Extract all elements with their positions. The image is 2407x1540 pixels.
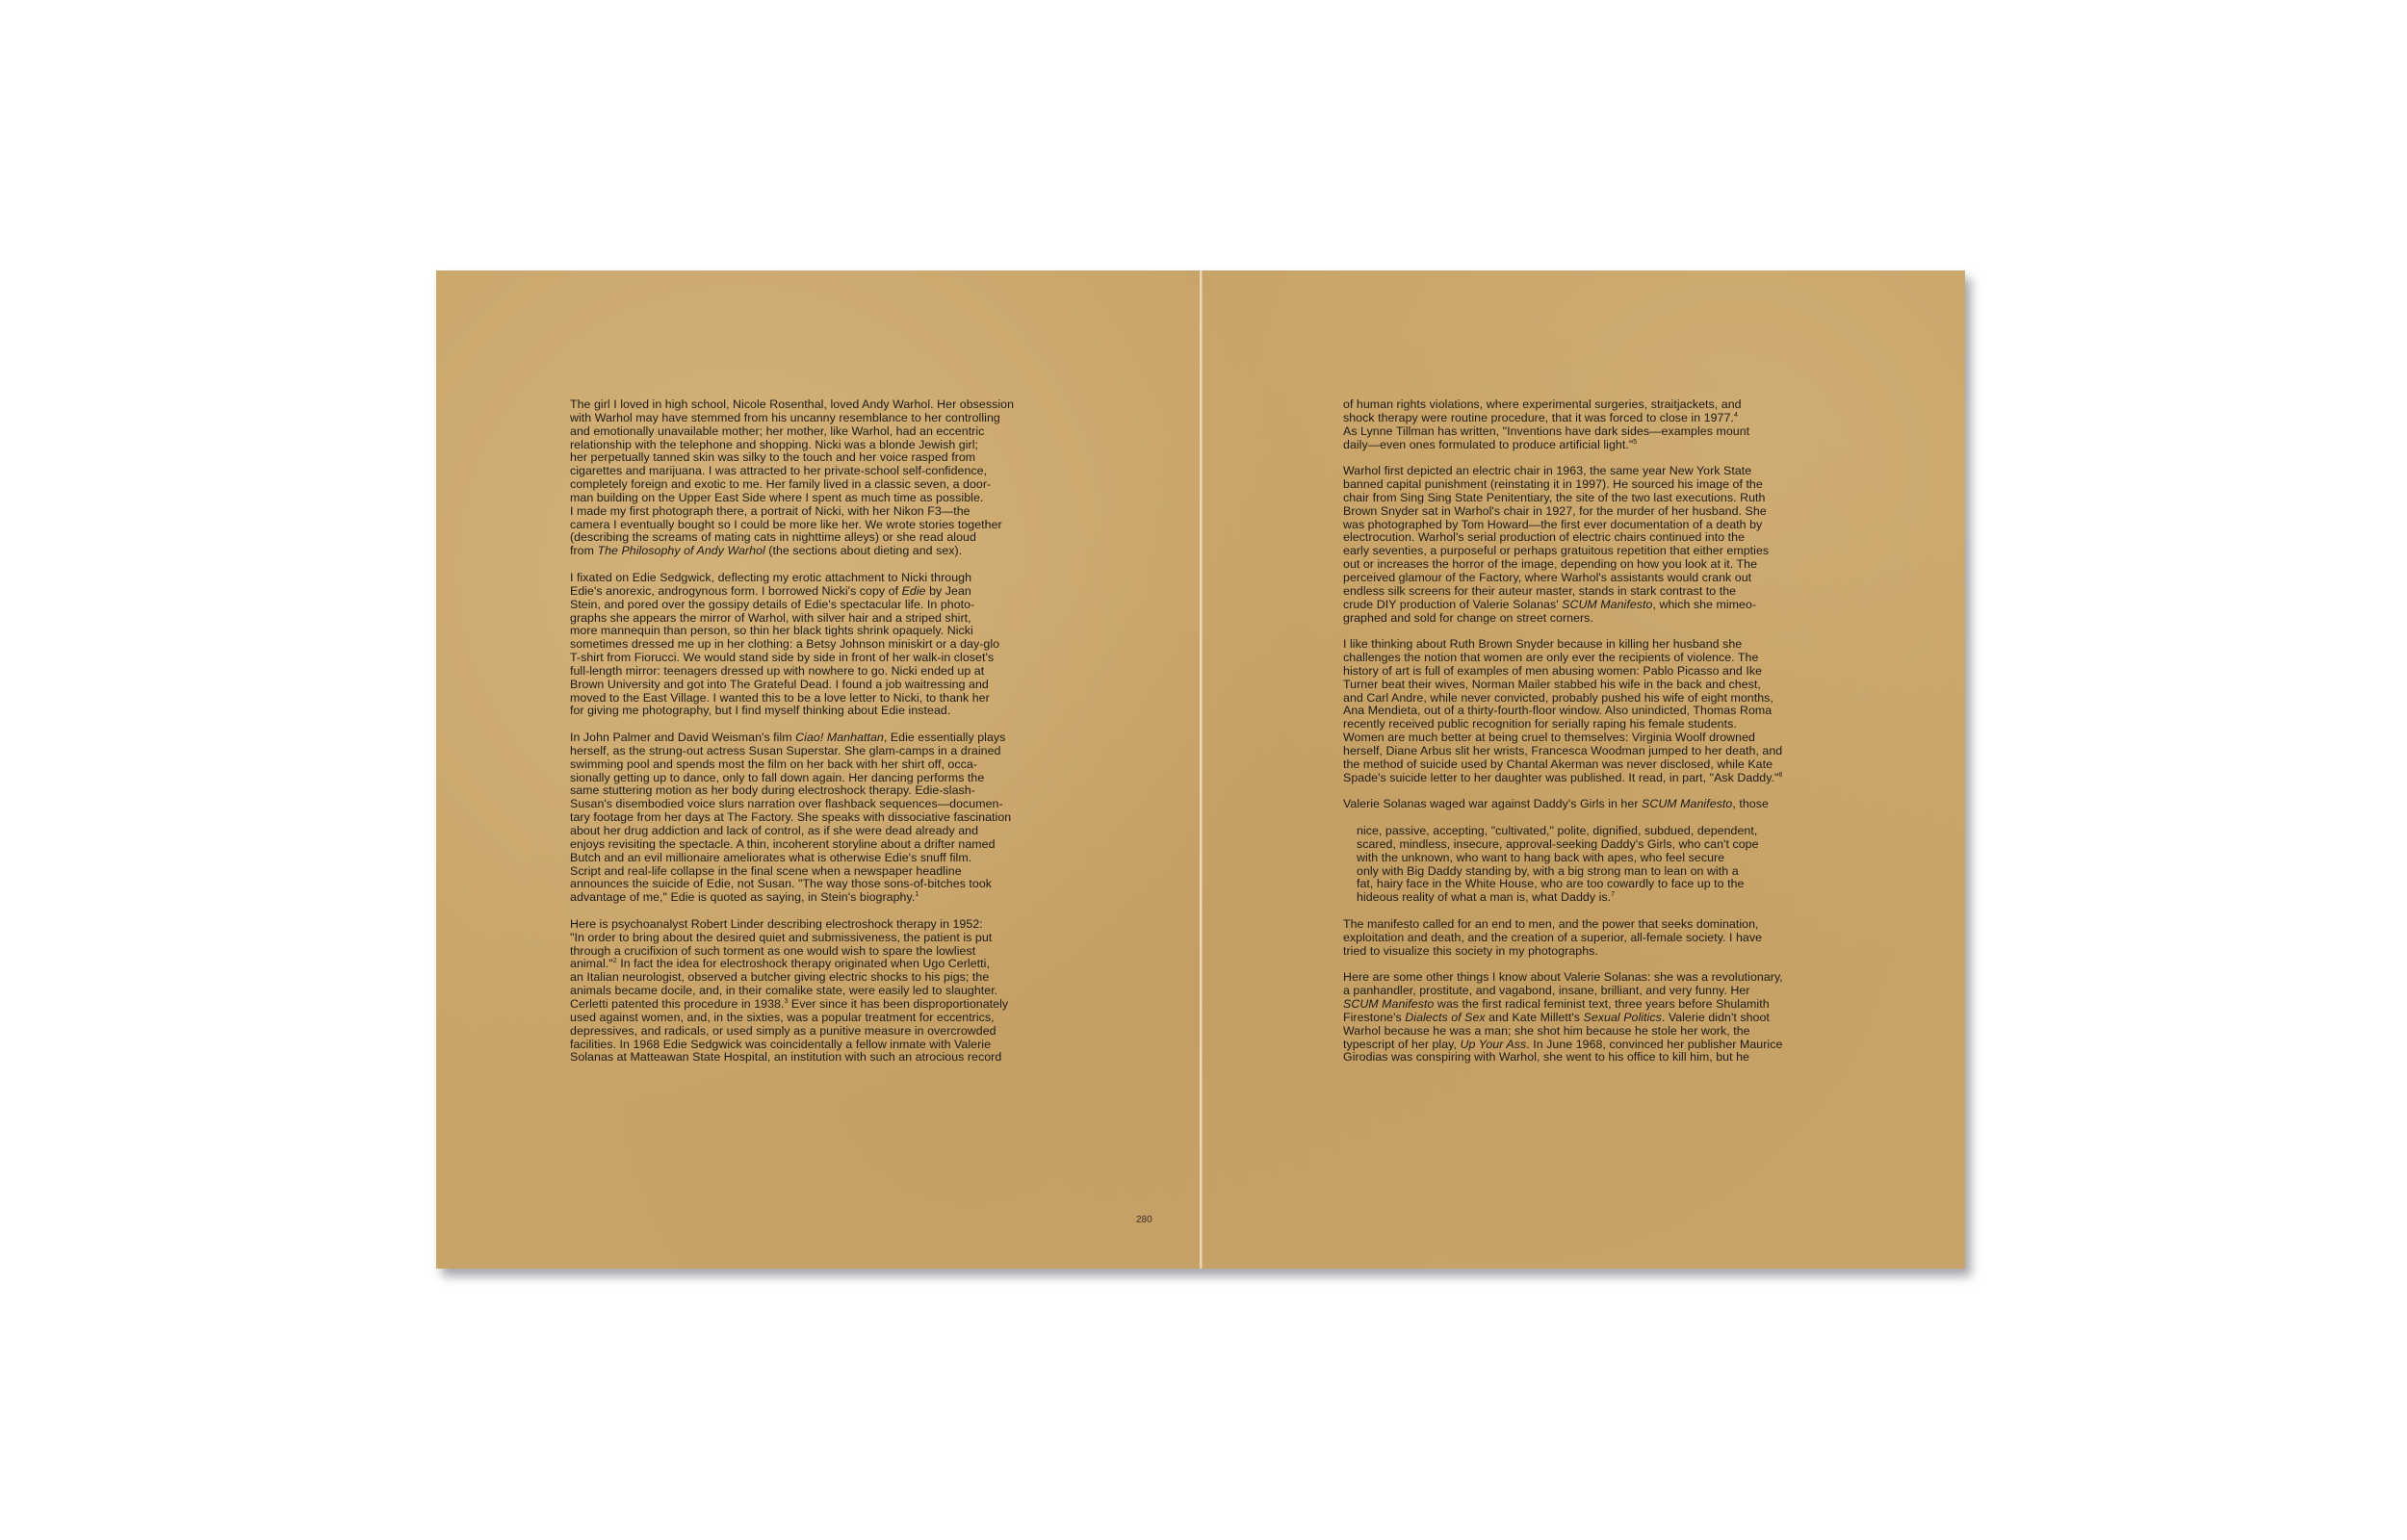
- text-line: daily—even ones formulated to produce ar…: [1343, 439, 1829, 452]
- paragraph: In John Palmer and David Weisman's film …: [570, 731, 1056, 905]
- text-line: hideous reality of what a man is, what D…: [1357, 891, 1829, 905]
- text-line: early seventies, a purposeful or perhaps…: [1343, 545, 1829, 558]
- text-line: recently received public recognition for…: [1343, 718, 1829, 731]
- text-line: banned capital punishment (reinstating i…: [1343, 478, 1829, 492]
- text-line: her perpetually tanned skin was silky to…: [570, 451, 1056, 465]
- text-line: I like thinking about Ruth Brown Snyder …: [1343, 638, 1829, 652]
- paragraph: of human rights violations, where experi…: [1343, 398, 1829, 451]
- text-line: challenges the notion that women are onl…: [1343, 652, 1829, 665]
- text-line: endless silk screens for their auteur ma…: [1343, 585, 1829, 599]
- text-line: the method of suicide used by Chantal Ak…: [1343, 758, 1829, 772]
- text-line: graphs she appears the mirror of Warhol,…: [570, 612, 1056, 626]
- text-line: crude DIY production of Valerie Solanas'…: [1343, 599, 1829, 612]
- text-line: out or increases the horror of the image…: [1343, 558, 1829, 572]
- text-line: with the unknown, who want to hang back …: [1357, 852, 1829, 865]
- text-line: only with Big Daddy standing by, with a …: [1357, 865, 1829, 879]
- page-number: 280: [1136, 1215, 1152, 1225]
- block-quote: nice, passive, accepting, "cultivated," …: [1343, 825, 1829, 905]
- text-line: Women are much better at being cruel to …: [1343, 731, 1829, 745]
- text-line: camera I eventually bought so I could be…: [570, 519, 1056, 532]
- left-page: The girl I loved in high school, Nicole …: [436, 270, 1201, 1269]
- text-line: Turner beat their wives, Norman Mailer s…: [1343, 679, 1829, 692]
- text-line: announces the suicide of Edie, not Susan…: [570, 878, 1056, 891]
- text-line: As Lynne Tillman has written, "Invention…: [1343, 425, 1829, 439]
- text-line: from The Philosophy of Andy Warhol (the …: [570, 545, 1056, 558]
- text-line: cigarettes and marijuana. I was attracte…: [570, 465, 1056, 478]
- text-line: Warhol because he was a man; she shot hi…: [1343, 1025, 1829, 1039]
- text-line: full-length mirror: teenagers dressed up…: [570, 665, 1056, 679]
- text-line: and emotionally unavailable mother; her …: [570, 425, 1056, 439]
- text-line: sometimes dressed me up in her clothing:…: [570, 638, 1056, 652]
- text-line: enjoys revisiting the spectacle. A thin,…: [570, 838, 1056, 852]
- text-line: Girodias was conspiring with Warhol, she…: [1343, 1051, 1829, 1065]
- text-line: through a crucifixion of such torment as…: [570, 945, 1056, 959]
- text-line: perceived glamour of the Factory, where …: [1343, 572, 1829, 585]
- text-line: an Italian neurologist, observed a butch…: [570, 971, 1056, 985]
- text-line: and Carl Andre, while never convicted, p…: [1343, 692, 1829, 706]
- paragraph: The girl I loved in high school, Nicole …: [570, 398, 1056, 558]
- text-line: herself, Diane Arbus slit her wrists, Fr…: [1343, 745, 1829, 758]
- text-line: Warhol first depicted an electric chair …: [1343, 465, 1829, 478]
- text-line: Solanas at Matteawan State Hospital, an …: [570, 1051, 1056, 1065]
- text-line: scared, mindless, insecure, approval-see…: [1357, 838, 1829, 852]
- paragraph: Warhol first depicted an electric chair …: [1343, 465, 1829, 625]
- text-line: tary footage from her days at The Factor…: [570, 811, 1056, 825]
- text-line: tried to visualize this society in my ph…: [1343, 945, 1829, 959]
- text-line: Firestone's Dialects of Sex and Kate Mil…: [1343, 1012, 1829, 1025]
- paragraph: Valerie Solanas waged war against Daddy'…: [1343, 798, 1829, 811]
- right-page: of human rights violations, where experi…: [1201, 270, 1965, 1269]
- text-line: Ana Mendieta, out of a thirty-fourth-flo…: [1343, 705, 1829, 718]
- paragraph: Here is psychoanalyst Robert Linder desc…: [570, 918, 1056, 1065]
- text-line: In John Palmer and David Weisman's film …: [570, 731, 1056, 745]
- text-line: animals became docile, and, in their com…: [570, 985, 1056, 998]
- text-line: fat, hairy face in the White House, who …: [1357, 878, 1829, 891]
- text-line: was photographed by Tom Howard—the first…: [1343, 519, 1829, 532]
- text-line: same stuttering motion as her body durin…: [570, 784, 1056, 798]
- text-line: herself, as the strung-out actress Susan…: [570, 745, 1056, 758]
- paragraph: The manifesto called for an end to men, …: [1343, 918, 1829, 959]
- text-line: Spade's suicide letter to her daughter w…: [1343, 772, 1829, 785]
- text-line: about her drug addiction and lack of con…: [570, 825, 1056, 838]
- text-line: relationship with the telephone and shop…: [570, 439, 1056, 452]
- text-line: used against women, and, in the sixties,…: [570, 1012, 1056, 1025]
- text-line: electrocution. Warhol's serial productio…: [1343, 531, 1829, 545]
- text-line: of human rights violations, where experi…: [1343, 398, 1829, 412]
- text-line: with Warhol may have stemmed from his un…: [570, 412, 1056, 425]
- text-line: chair from Sing Sing State Penitentiary,…: [1343, 492, 1829, 505]
- text-line: depressives, and radicals, or used simpl…: [570, 1025, 1056, 1039]
- text-line: Here is psychoanalyst Robert Linder desc…: [570, 918, 1056, 932]
- right-page-text-column: of human rights violations, where experi…: [1343, 398, 1829, 1078]
- text-line: Script and real-life collapse in the fin…: [570, 865, 1056, 879]
- text-line: exploitation and death, and the creation…: [1343, 932, 1829, 945]
- text-line: swimming pool and spends most the film o…: [570, 758, 1056, 772]
- text-line: man building on the Upper East Side wher…: [570, 492, 1056, 505]
- text-line: history of art is full of examples of me…: [1343, 665, 1829, 679]
- text-line: advantage of me," Edie is quoted as sayi…: [570, 891, 1056, 905]
- text-line: The girl I loved in high school, Nicole …: [570, 398, 1056, 412]
- text-line: Brown University and got into The Gratef…: [570, 679, 1056, 692]
- text-line: sionally getting up to dance, only to fa…: [570, 772, 1056, 785]
- text-line: SCUM Manifesto was the first radical fem…: [1343, 998, 1829, 1012]
- text-line: facilities. In 1968 Edie Sedgwick was co…: [570, 1039, 1056, 1052]
- text-line: Here are some other things I know about …: [1343, 971, 1829, 985]
- paragraph: I fixated on Edie Sedgwick, deflecting m…: [570, 572, 1056, 718]
- text-line: a panhandler, prostitute, and vagabond, …: [1343, 985, 1829, 998]
- text-line: completely foreign and exotic to me. Her…: [570, 478, 1056, 492]
- text-line: animal."2 In fact the idea for electrosh…: [570, 958, 1056, 971]
- paragraph: I like thinking about Ruth Brown Snyder …: [1343, 638, 1829, 784]
- text-line: typescript of her play, Up Your Ass. In …: [1343, 1039, 1829, 1052]
- text-line: Cerletti patented this procedure in 1938…: [570, 998, 1056, 1012]
- text-line: Brown Snyder sat in Warhol's chair in 19…: [1343, 505, 1829, 519]
- text-line: more mannequin than person, so thin her …: [570, 625, 1056, 638]
- book-spread: The girl I loved in high school, Nicole …: [436, 270, 1965, 1269]
- paragraph: Here are some other things I know about …: [1343, 971, 1829, 1065]
- text-line: moved to the East Village. I wanted this…: [570, 692, 1056, 706]
- text-line: I fixated on Edie Sedgwick, deflecting m…: [570, 572, 1056, 585]
- text-line: Stein, and pored over the gossipy detail…: [570, 599, 1056, 612]
- text-line: The manifesto called for an end to men, …: [1343, 918, 1829, 932]
- text-line: graphed and sold for change on street co…: [1343, 612, 1829, 626]
- text-line: Valerie Solanas waged war against Daddy'…: [1343, 798, 1829, 811]
- text-line: Edie's anorexic, androgynous form. I bor…: [570, 585, 1056, 599]
- text-line: Susan's disembodied voice slurs narratio…: [570, 798, 1056, 811]
- text-line: nice, passive, accepting, "cultivated," …: [1357, 825, 1829, 838]
- text-line: (describing the screams of mating cats i…: [570, 531, 1056, 545]
- text-line: T-shirt from Fiorucci. We would stand si…: [570, 652, 1056, 665]
- text-line: for giving me photography, but I find my…: [570, 705, 1056, 718]
- text-line: I made my first photograph there, a port…: [570, 505, 1056, 519]
- text-line: Butch and an evil millionaire ameliorate…: [570, 852, 1056, 865]
- left-page-text-column: The girl I loved in high school, Nicole …: [570, 398, 1056, 1078]
- text-line: shock therapy were routine procedure, th…: [1343, 412, 1829, 425]
- text-line: "In order to bring about the desired qui…: [570, 932, 1056, 945]
